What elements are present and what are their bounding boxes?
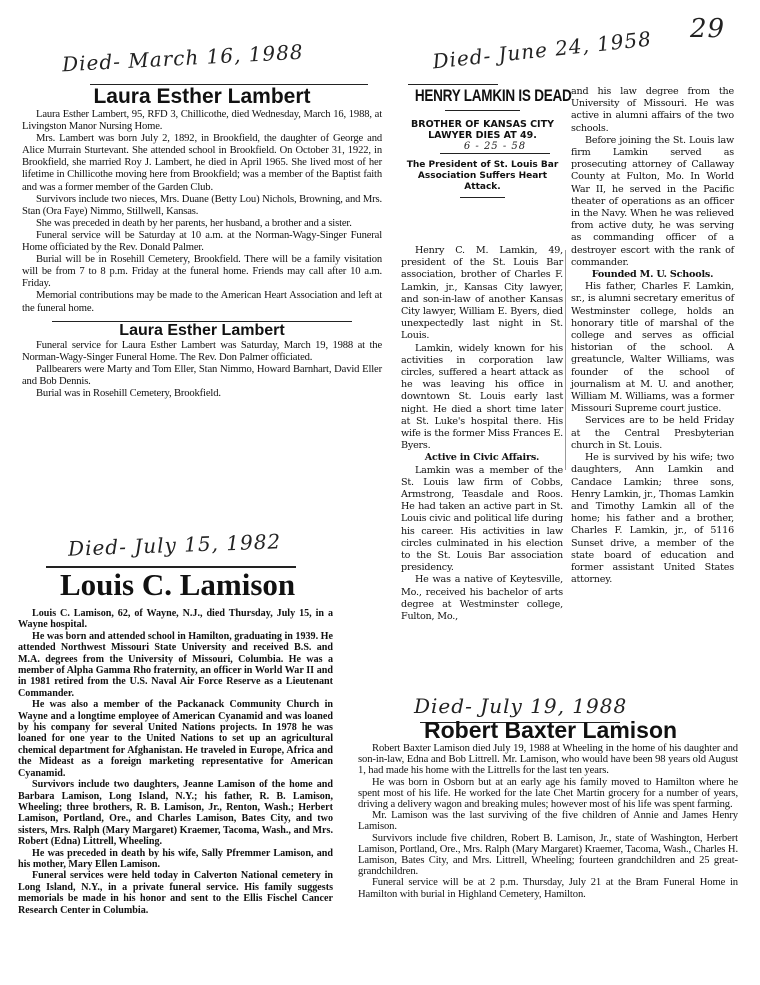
paragraph: Services are to be held Friday at the Ce…: [571, 415, 734, 452]
section-subhead: Founded M. U. Schools.: [571, 269, 734, 281]
article-column-2: and his law degree from the University o…: [571, 86, 734, 586]
notice-body: Funeral service for Laura Esther Lambert…: [22, 340, 382, 400]
divider: [445, 110, 520, 111]
obituary-laura-lambert: Laura Esther Lambert Laura Esther Lamber…: [22, 85, 382, 400]
paragraph: Mr. Lamison was the last surviving of th…: [358, 810, 738, 832]
column-rule: [565, 250, 566, 470]
paragraph: He was born and attended school in Hamil…: [18, 631, 333, 699]
section-subhead: Active in Civic Affairs.: [401, 452, 563, 464]
paragraph: Mrs. Lambert was born July 2, 1892, in B…: [22, 133, 382, 193]
paragraph: His father, Charles F. Lamkin, sr., is a…: [571, 281, 734, 415]
paragraph: He is survived by his wife; two daughter…: [571, 452, 734, 586]
paragraph: Funeral services were held today in Calv…: [18, 870, 333, 916]
page-number-handwritten: 29: [690, 14, 725, 44]
paragraph: She was preceded in death by her parents…: [22, 218, 382, 230]
paragraph: Henry C. M. Lamkin, 49, president of the…: [401, 245, 563, 343]
paragraph: Lamkin, widely known for his activities …: [401, 343, 563, 453]
handwritten-annotation: 6 - 25 - 58: [440, 141, 550, 154]
paragraph: Survivors include five children, Robert …: [358, 833, 738, 878]
headline-block-henry-lamkin: HENRY LAMKIN IS DEAD BROTHER OF KANSAS C…: [400, 86, 565, 198]
obituary-louis-lamison: Louis C. Lamison, 62, of Wayne, N.J., di…: [18, 608, 333, 916]
handwritten-date-lambert: Died- March 16, 1988: [62, 40, 305, 77]
paragraph: He was also a member of the Packanack Co…: [18, 699, 333, 779]
paragraph: Laura Esther Lambert, 95, RFD 3, Chillic…: [22, 109, 382, 133]
paragraph: He was born in Osborn but at an early ag…: [358, 777, 738, 811]
paragraph: Survivors include two daughters, Jeanne …: [18, 779, 333, 847]
handwritten-date-henry-lamkin: Died- June 24, 1958: [431, 27, 653, 74]
obituary-robert-lamison: Robert Baxter Lamison died July 19, 1988…: [358, 743, 738, 900]
deck: The President of St. Louis Bar Associati…: [400, 160, 565, 192]
paragraph: Funeral service for Laura Esther Lambert…: [22, 340, 382, 364]
paragraph: Memorial contributions may be made to th…: [22, 290, 382, 314]
handwritten-date-louis-lamison: Died- July 15, 1982: [68, 529, 282, 560]
headline: HENRY LAMKIN IS DEAD: [415, 86, 550, 106]
paragraph: Funeral service will be at 2 p.m. Thursd…: [358, 877, 738, 899]
paragraph: Survivors include two nieces, Mrs. Duane…: [22, 194, 382, 218]
paragraph: Funeral service will be Saturday at 10 a…: [22, 230, 382, 254]
divider: [460, 197, 505, 198]
obituary-title-louis-lamison: Louis C. Lamison: [60, 568, 295, 602]
handwritten-date-robert-lamison: Died- July 19, 1988: [414, 694, 627, 718]
subheadline: BROTHER OF KANSAS CITY LAWYER DIES AT 49…: [400, 119, 565, 141]
paragraph: Pallbearers were Marty and Tom Eller, St…: [22, 364, 382, 388]
article-column-1: Henry C. M. Lamkin, 49, president of the…: [401, 245, 563, 623]
divider: [408, 84, 498, 85]
paragraph: Robert Baxter Lamison died July 19, 1988…: [358, 743, 738, 777]
funeral-notice-laura-lambert: Laura Esther Lambert Funeral service for…: [22, 322, 382, 400]
paragraph: and his law degree from the University o…: [571, 86, 734, 135]
paragraph: Burial will be in Rosehill Cemetery, Bro…: [22, 254, 382, 290]
paragraph: He was preceded in death by his wife, Sa…: [18, 848, 333, 871]
paragraph: Burial was in Rosehill Cemetery, Brookfi…: [22, 388, 382, 400]
paragraph: Lamkin was a member of the St. Louis law…: [401, 465, 563, 575]
obituary-title: Laura Esther Lambert: [22, 85, 382, 109]
obituary-title-robert-lamison: Robert Baxter Lamison: [424, 717, 677, 743]
notice-title: Laura Esther Lambert: [22, 322, 382, 340]
obituary-body: Laura Esther Lambert, 95, RFD 3, Chillic…: [22, 109, 382, 315]
paragraph: Louis C. Lamison, 62, of Wayne, N.J., di…: [18, 608, 333, 631]
paragraph: He was a native of Keytesville, Mo., rec…: [401, 574, 563, 623]
paragraph: Before joining the St. Louis law firm La…: [571, 135, 734, 269]
